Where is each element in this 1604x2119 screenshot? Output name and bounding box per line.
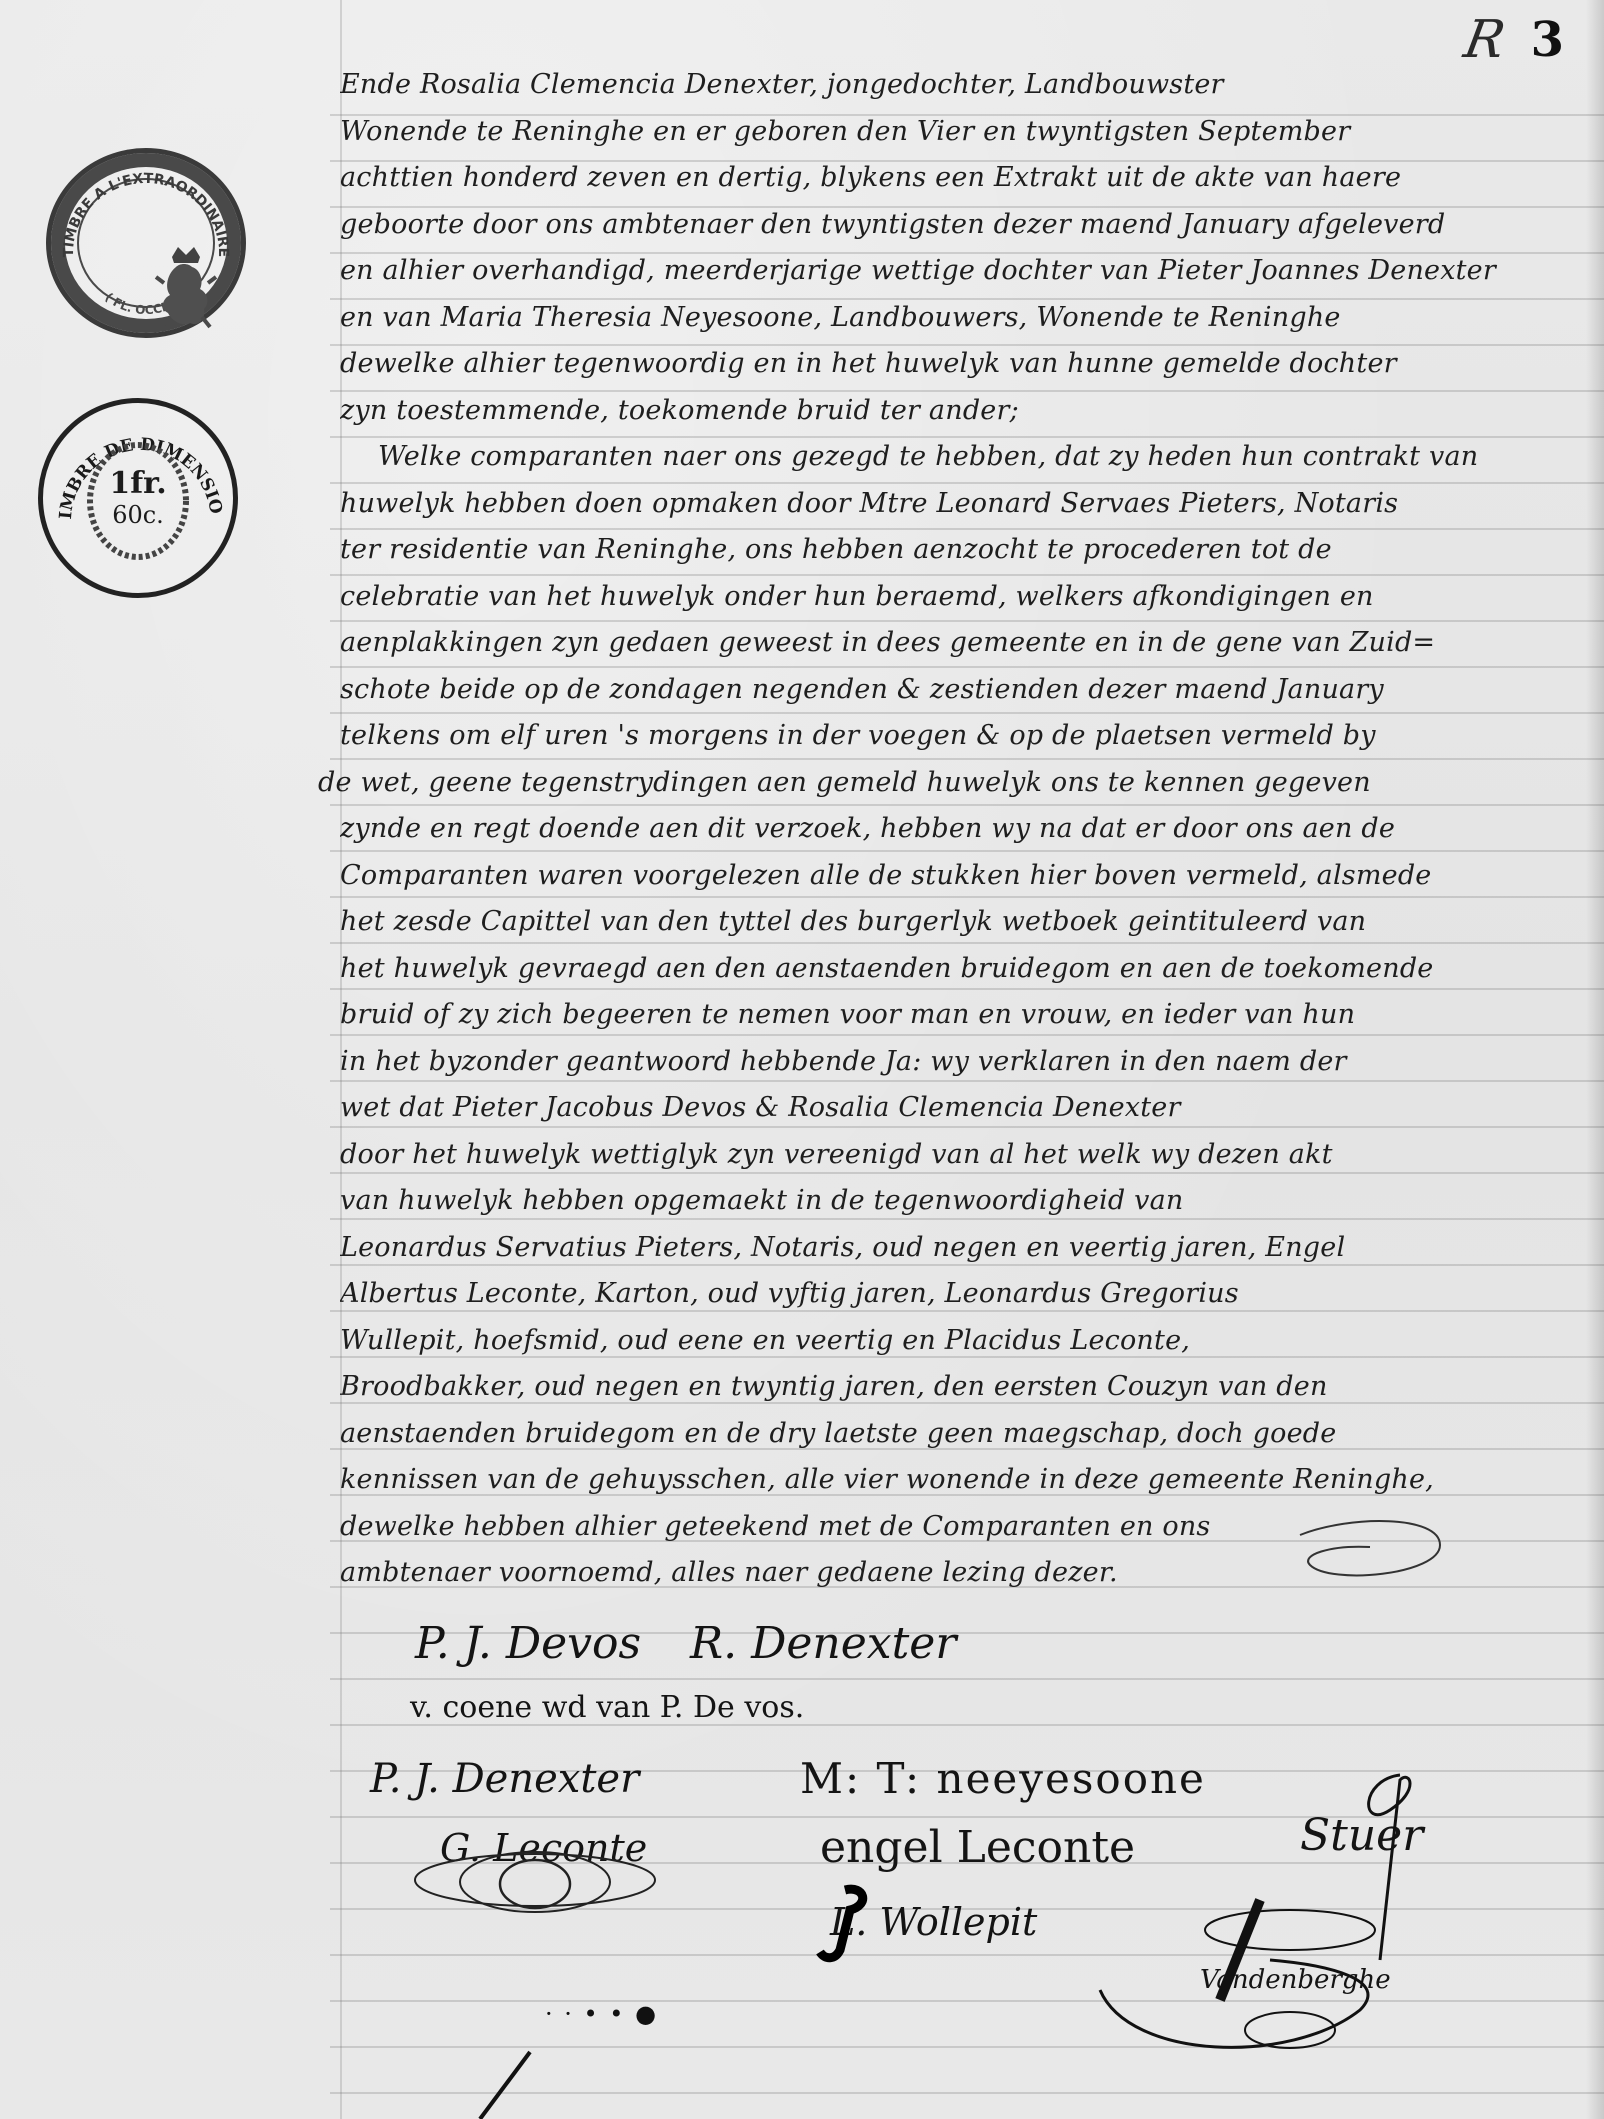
body-line: Broodbakker, oud negen en twyntig jaren,…: [340, 1364, 1560, 1411]
body-line: in het byzonder geantwoord hebbende Ja: …: [340, 1039, 1560, 1086]
body-line: kennissen van de gehuysschen, alle vier …: [340, 1457, 1560, 1504]
ink-blot: · · • • ●: [545, 2000, 658, 2028]
body-line: celebratie van het huwelyk onder hun ber…: [340, 574, 1560, 621]
body-line: Ende Rosalia Clemencia Denexter, jongedo…: [340, 62, 1560, 109]
body-line: zynde en regt doende aen dit verzoek, he…: [340, 806, 1560, 853]
body-line: dewelke hebben alhier geteekend met de C…: [340, 1504, 1560, 1551]
body-line: ter residentie van Reninghe, ons hebben …: [340, 527, 1560, 574]
body-line: Comparanten waren voorgelezen alle de st…: [340, 853, 1560, 900]
signature-officer: Vandenberghe: [1200, 1965, 1391, 1995]
body-line: zyn toestemmende, toekomende bruid ter a…: [340, 388, 1560, 435]
signature-bride-father: P. J. Denexter: [370, 1756, 639, 1802]
signature-bride: R. Denexter: [690, 1618, 956, 1669]
body-line: en van Maria Theresia Neyesoone, Landbou…: [340, 295, 1560, 342]
body-line: het huwelyk gevraegd aen den aenstaenden…: [340, 946, 1560, 993]
folio: R 3: [1465, 10, 1564, 70]
body-line: wet dat Pieter Jacobus Devos & Rosalia C…: [340, 1085, 1560, 1132]
stamp-value-centimes: 60c.: [109, 503, 166, 527]
body-line: van huwelyk hebben opgemaekt in de tegen…: [340, 1178, 1560, 1225]
body-line: Albertus Leconte, Karton, oud vyftig jar…: [340, 1271, 1560, 1318]
body-line: schote beide op de zondagen negenden & z…: [340, 667, 1560, 714]
stamp-dimension: TIMBRE DE DIMENSION 1fr. 60c.: [38, 398, 238, 598]
stamp-extraordinaire: TIMBRE A L'EXTRAORDINAIRE ( FL. OCCID. ): [46, 148, 246, 338]
body-line: door het huwelyk wettiglyk zyn vereenigd…: [340, 1132, 1560, 1179]
body-line: Wullepit, hoefsmid, oud eene en veertig …: [340, 1318, 1560, 1365]
document-page: R 3 TIMBRE A L'EXTRAORDINAIRE ( FL. OCCI…: [0, 0, 1604, 2119]
body-line: ambtenaer voornoemd, alles naer gedaene …: [340, 1550, 1560, 1597]
body-line: Welke comparanten naer ons gezegd te heb…: [340, 434, 1560, 481]
body-line: en alhier overhandigd, meerderjarige wet…: [340, 248, 1560, 295]
signature-groom: P. J. Devos: [415, 1618, 641, 1669]
signature-groom-mother: v. coene wd van P. De vos.: [410, 1690, 804, 1725]
signature-bride-mother: M: T: neeyesoone: [800, 1754, 1206, 1803]
stamp-value: 1fr. 60c.: [109, 469, 166, 527]
page-edge-shadow: [1586, 0, 1604, 2119]
folio-mark: R: [1460, 10, 1510, 70]
body-line: Wonende te Reninghe en er geboren den Vi…: [340, 109, 1560, 156]
signature-witness-wollepit: L. Wollepit: [830, 1900, 1037, 1944]
body-line: bruid of zy zich begeeren te nemen voor …: [340, 992, 1560, 1039]
body-line: aenstaenden bruidegom en de dry laetste …: [340, 1411, 1560, 1458]
body-line: geboorte door ons ambtenaer den twyntigs…: [340, 202, 1560, 249]
signature-witness-engel-leconte: engel Leconte: [820, 1822, 1135, 1873]
folio-number: 3: [1531, 12, 1564, 68]
signature-witness-pieters: Stuer: [1300, 1810, 1423, 1861]
body-line: achttien honderd zeven en dertig, blyken…: [340, 155, 1560, 202]
body-line: de wet, geene tegenstrydingen aen gemeld…: [318, 760, 1560, 807]
body-line: dewelke alhier tegenwoordig en in het hu…: [340, 341, 1560, 388]
body-line: huwelyk hebben doen opmaken door Mtre Le…: [340, 481, 1560, 528]
body-line: aenplakkingen zyn gedaen geweest in dees…: [340, 620, 1560, 667]
body-line: Leonardus Servatius Pieters, Notaris, ou…: [340, 1225, 1560, 1272]
signature-witness-g-leconte: G. Leconte: [440, 1826, 647, 1870]
body-line: telkens om elf uren 's morgens in der vo…: [340, 713, 1560, 760]
body-line: het zesde Capittel van den tyttel des bu…: [340, 899, 1560, 946]
stamp-value-francs: 1fr.: [109, 469, 166, 499]
record-body: Ende Rosalia Clemencia Denexter, jongedo…: [340, 62, 1560, 1597]
